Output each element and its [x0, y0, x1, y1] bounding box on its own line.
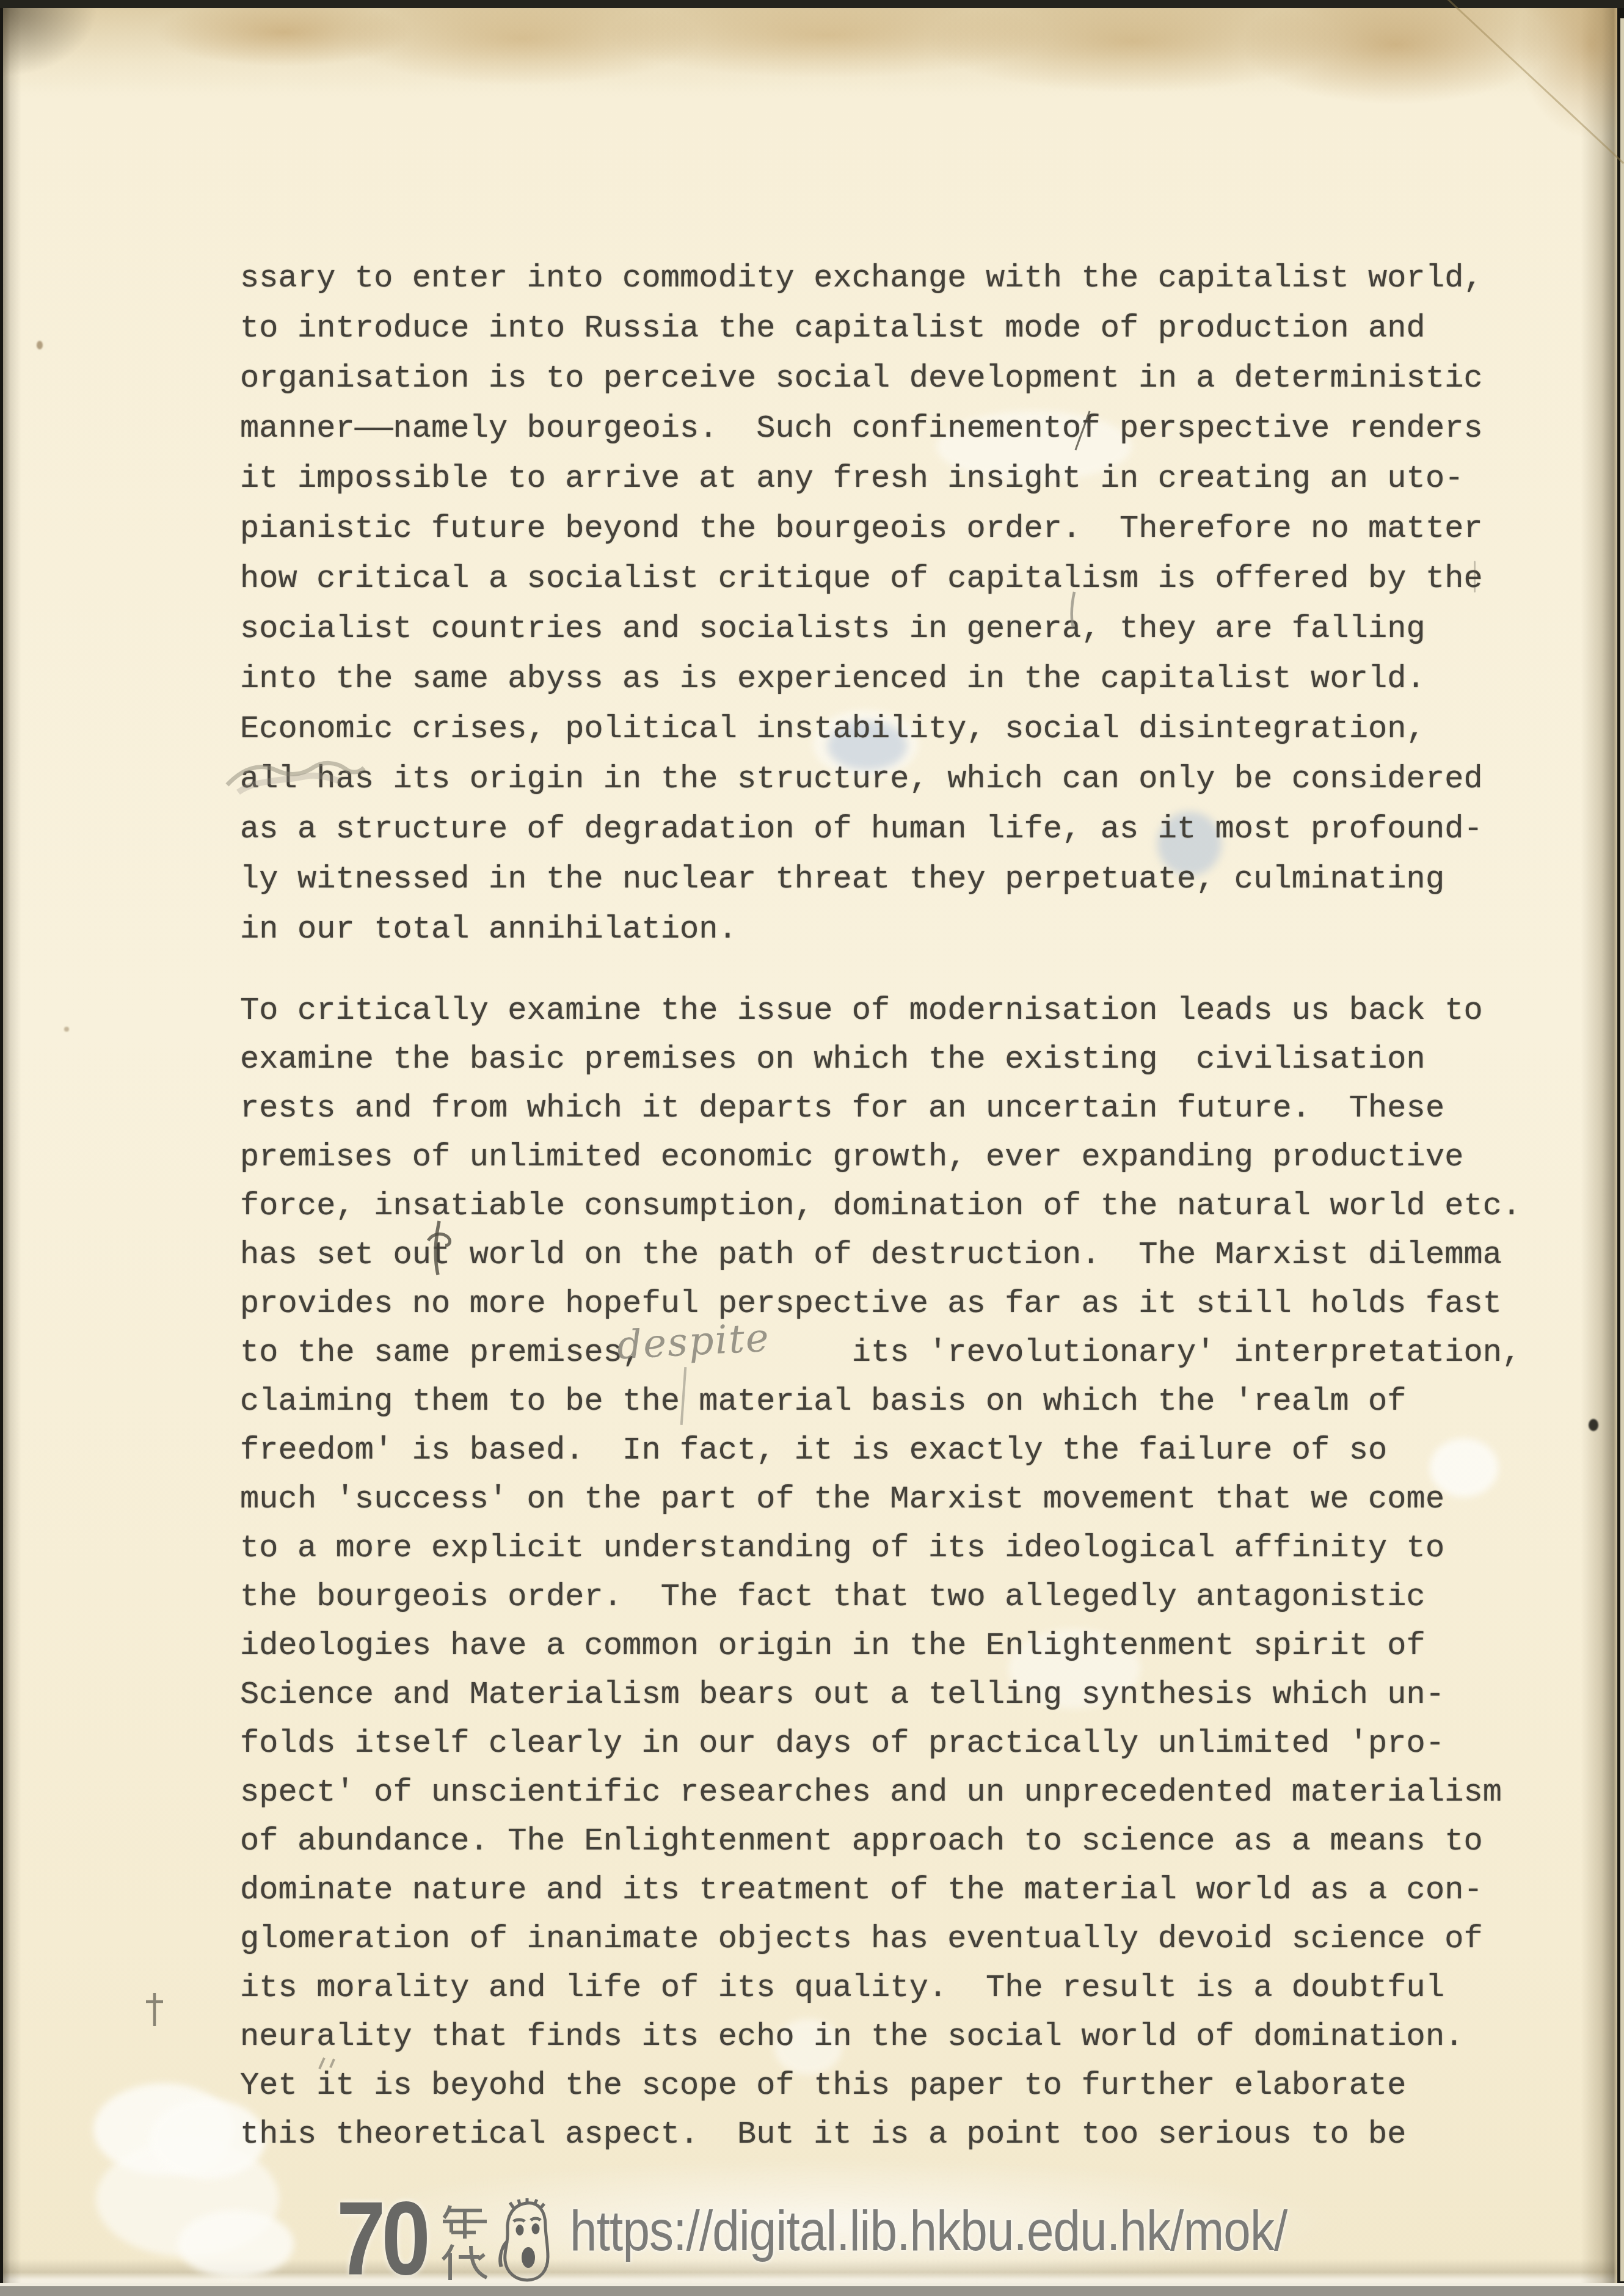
pencil-tick-marks: [316, 2055, 343, 2071]
typewritten-line: to a more explicit understanding of its …: [240, 1524, 1521, 1573]
typewritten-line: Science and Materialism bears out a tell…: [240, 1671, 1521, 1719]
mok-70s-logo-number: 70: [337, 2196, 426, 2281]
ink-dot-right-margin: [1589, 1419, 1598, 1431]
typewritten-line: freedom' is based. In fact, it is exactl…: [240, 1426, 1521, 1475]
typewritten-line: manner——namely bourgeois. Such confineme…: [240, 404, 1483, 454]
typewritten-line: how critical a socialist critique of cap…: [240, 554, 1483, 604]
typewritten-line: ly witnessed in the nuclear threat they …: [240, 855, 1483, 905]
scanner-edge-top: [0, 0, 1624, 8]
typewritten-line: socialist countries and socialists in ge…: [240, 604, 1483, 654]
typewritten-line: of abundance. The Enlightenment approach…: [240, 1817, 1521, 1866]
typewritten-line: its morality and life of its quality. Th…: [240, 1964, 1521, 2013]
typewritten-line: as a structure of degradation of human l…: [240, 804, 1483, 855]
paragraph-1: ssary to enter into commodity exchange w…: [240, 253, 1483, 955]
pencil-inserted-l-mark: [1066, 589, 1079, 630]
typewritten-line: Yet it is beyohd the scope of this paper…: [240, 2061, 1521, 2110]
typewritten-line: ssary to enter into commodity exchange w…: [240, 253, 1483, 304]
typewritten-line: neurality that finds its echo in the soc…: [240, 2013, 1521, 2061]
typewritten-line: glomeration of inanimate objects has eve…: [240, 1915, 1521, 1964]
paragraph-2: To critically examine the issue of moder…: [240, 986, 1521, 2159]
pencil-scribble-mark: [220, 741, 370, 802]
typewritten-line: examine the basic premises on which the …: [240, 1035, 1521, 1084]
paper-speck: [37, 341, 43, 349]
typewritten-line: all has its origin in the structure, whi…: [240, 754, 1483, 804]
typewritten-line: Economic crises, political instability, …: [240, 704, 1483, 754]
typewritten-line: ideologies have a common origin in the E…: [240, 1622, 1521, 1671]
typewritten-line: dominate nature and its treatment of the…: [240, 1866, 1521, 1915]
typewritten-line: folds itself clearly in our days of prac…: [240, 1719, 1521, 1768]
typewritten-line: premises of unlimited economic growth, e…: [240, 1133, 1521, 1182]
typewritten-line: claiming them to be the material basis o…: [240, 1377, 1521, 1426]
corner-fold-crease: [1431, 0, 1624, 164]
typewritten-line: this theoretical aspect. But it is a poi…: [240, 2110, 1521, 2159]
typewritten-line: pianistic future beyond the bourgeois or…: [240, 504, 1483, 554]
scanned-page: ssary to enter into commodity exchange w…: [0, 0, 1624, 2296]
typewritten-line: it impossible to arrive at any fresh ins…: [240, 454, 1483, 504]
typewritten-line: spect' of unscientific researches and un…: [240, 1768, 1521, 1817]
typewritten-line: in our total annihilation.: [240, 905, 1483, 955]
typewritten-line: the bourgeois order. The fact that two a…: [240, 1573, 1521, 1622]
adjacent-page-edge: [1620, 18, 1624, 2281]
handwritten-despite: despite: [616, 1318, 771, 1365]
scanner-edge-bottom: [0, 2283, 1624, 2296]
typewritten-line: rests and from which it departs for an u…: [240, 1084, 1521, 1133]
typewritten-line: to introduce into Russia the capitalist …: [240, 304, 1483, 354]
watermark-url: https://digital.lib.hkbu.edu.hk/mok/: [570, 2202, 1287, 2261]
paper-speck: [64, 1027, 69, 1032]
whiteout-blob-bottom-left: [178, 2210, 294, 2278]
niandai-characters-icon: [438, 2202, 492, 2283]
handwritten-r-correction-mark: [423, 1217, 455, 1278]
typewritten-line: organisation is to perceive social devel…: [240, 354, 1483, 404]
typewritten-line: To critically examine the issue of moder…: [240, 986, 1521, 1035]
typewritten-line: into the same abyss as is experienced in…: [240, 654, 1483, 704]
screaming-face-logo-icon: [495, 2198, 558, 2285]
typewritten-line: much 'success' on the part of the Marxis…: [240, 1475, 1521, 1524]
paper-sheet: ssary to enter into commodity exchange w…: [3, 8, 1617, 2283]
typewritten-line: to the same premises, its 'revolutionary…: [240, 1328, 1521, 1377]
typewritten-line: provides no more hopeful perspective as …: [240, 1280, 1521, 1328]
handwritten-t-correction-mark: [144, 1991, 166, 2028]
